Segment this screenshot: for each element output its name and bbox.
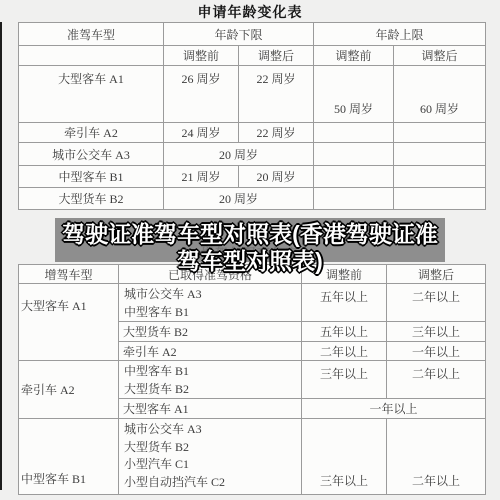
value-cell: 三年以上 — [302, 419, 387, 495]
value-cell: 60 周岁 — [394, 66, 486, 123]
vehicle-cell: 城市公交车 A3 — [19, 143, 164, 166]
header-after: 调整后 — [239, 46, 314, 66]
vehicle-cell: 大型货车 B2 — [19, 188, 164, 210]
value-cell: 26 周岁 — [164, 66, 239, 123]
qualification-line: 城市公交车 A3 — [124, 421, 301, 439]
value-cell: 五年以上 — [302, 284, 387, 322]
qualification-line: 中型客车 B1 — [124, 304, 301, 322]
header-age-lower: 年龄下限 — [164, 23, 314, 46]
header-after: 调整后 — [394, 46, 486, 66]
empty-cell — [314, 188, 394, 210]
table-row: 城市公交车 A3 20 周岁 — [19, 143, 486, 166]
value-cell: 三年以上 — [302, 361, 387, 399]
value-cell: 一年以上 — [302, 399, 486, 419]
value-cell: 五年以上 — [302, 322, 387, 342]
value-cell: 二年以上 — [302, 342, 387, 361]
empty-cell — [314, 166, 394, 188]
value-cell: 20 周岁 — [164, 188, 314, 210]
page-title: 申请年龄变化表 — [0, 2, 500, 22]
empty-cell — [394, 143, 486, 166]
vehicle-group-cell: 大型客车 A1 — [19, 284, 119, 361]
license-upgrade-table: 增驾车型 已取得准驾资格 调整前 调整后 大型客车 A1 城市公交车 A3 中型… — [18, 264, 486, 495]
empty-cell — [314, 123, 394, 143]
qualification-line: 小型汽车 C1 — [124, 456, 301, 474]
qualification-cell: 大型货车 B2 — [119, 322, 302, 342]
header-vehicle-type: 准驾车型 — [19, 23, 164, 46]
age-change-table: 准驾车型 年龄下限 年龄上限 调整前 调整后 调整前 调整后 大型客车 A1 2… — [18, 22, 486, 210]
empty-cell — [394, 123, 486, 143]
qualification-cell: 牵引车 A2 — [119, 342, 302, 361]
header-age-upper: 年龄上限 — [314, 23, 486, 46]
qualification-cell: 城市公交车 A3 中型客车 B1 — [119, 284, 302, 322]
overlay-title: 驾驶证准驾车型对照表(香港驾驶证准 驾车型对照表) — [55, 221, 445, 275]
table-row: 大型客车 A1 城市公交车 A3 中型客车 B1 五年以上 二年以上 — [19, 284, 486, 322]
qualification-line: 大型货车 B2 — [124, 439, 301, 457]
qualification-cell: 大型客车 A1 — [119, 399, 302, 419]
table-subheader-row: 调整前 调整后 调整前 调整后 — [19, 46, 486, 66]
table-row: 大型客车 A1 26 周岁 22 周岁 50 周岁 60 周岁 — [19, 66, 486, 123]
value-cell: 22 周岁 — [239, 123, 314, 143]
value-cell: 一年以上 — [387, 342, 486, 361]
table-row: 牵引车 A2 中型客车 B1 大型货车 B2 三年以上 二年以上 — [19, 361, 486, 399]
value-cell: 50 周岁 — [314, 66, 394, 123]
vehicle-group-cell: 中型客车 B1 — [19, 419, 119, 495]
qualification-cell: 城市公交车 A3 大型货车 B2 小型汽车 C1 小型自动挡汽车 C2 — [119, 419, 302, 495]
table-row: 牵引车 A2 24 周岁 22 周岁 — [19, 123, 486, 143]
table-row: 中型客车 B1 21 周岁 20 周岁 — [19, 166, 486, 188]
value-cell: 24 周岁 — [164, 123, 239, 143]
vehicle-cell: 大型客车 A1 — [19, 66, 164, 123]
vehicle-group-cell: 牵引车 A2 — [19, 361, 119, 419]
qualification-cell: 中型客车 B1 大型货车 B2 — [119, 361, 302, 399]
value-cell: 二年以上 — [387, 284, 486, 322]
value-cell: 22 周岁 — [239, 66, 314, 123]
table-row: 大型货车 B2 20 周岁 — [19, 188, 486, 210]
vehicle-cell: 牵引车 A2 — [19, 123, 164, 143]
value-cell: 三年以上 — [387, 322, 486, 342]
qualification-line: 中型客车 B1 — [124, 363, 301, 381]
value-cell: 二年以上 — [387, 361, 486, 399]
qualification-line: 城市公交车 A3 — [124, 286, 301, 304]
empty-cell — [394, 166, 486, 188]
overlay-title-line2: 驾车型对照表) — [55, 248, 445, 275]
empty-cell — [394, 188, 486, 210]
value-cell: 20 周岁 — [239, 166, 314, 188]
qualification-line: 小型自动挡汽车 C2 — [124, 474, 301, 492]
value-cell: 二年以上 — [387, 419, 486, 495]
header-before: 调整前 — [164, 46, 239, 66]
qualification-line: 大型货车 B2 — [124, 381, 301, 399]
header-before: 调整前 — [314, 46, 394, 66]
table-row: 中型客车 B1 城市公交车 A3 大型货车 B2 小型汽车 C1 小型自动挡汽车… — [19, 419, 486, 495]
vehicle-cell: 中型客车 B1 — [19, 166, 164, 188]
overlay-title-line1: 驾驶证准驾车型对照表(香港驾驶证准 — [55, 221, 445, 248]
value-cell: 20 周岁 — [164, 143, 314, 166]
empty-cell — [314, 143, 394, 166]
empty-cell — [19, 46, 164, 66]
value-cell: 21 周岁 — [164, 166, 239, 188]
table-header-row: 准驾车型 年龄下限 年龄上限 — [19, 23, 486, 46]
